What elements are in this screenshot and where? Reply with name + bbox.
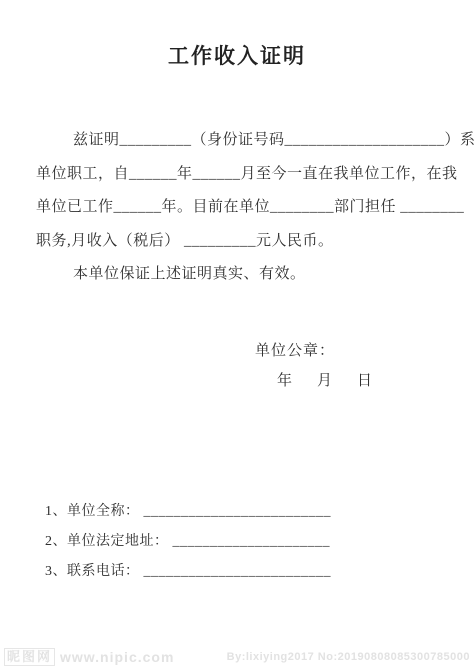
field-company-full-name: 1、单位全称： _________________________ (45, 497, 331, 527)
date-year-month-day: 年 月 日 (277, 369, 377, 390)
document-body: 兹证明_________（身份证号码____________________）系… (36, 124, 448, 292)
body-line-guarantee: 本单位保证上述证明真实、有效。 (36, 258, 448, 292)
body-line-certify-name-id: 兹证明_________（身份证号码____________________）系… (36, 124, 448, 158)
body-line-years-department: 单位已工作______年。目前在单位________部门担任 ________ (36, 191, 448, 225)
field-company-legal-address: 2、单位法定地址： _____________________ (45, 527, 331, 557)
nipic-logo: 昵图网 (4, 648, 55, 666)
site-url-watermark: www.nipic.com (60, 649, 174, 665)
income-certificate-document: 工作收入证明 兹证明_________（身份证号码_______________… (0, 0, 474, 669)
company-seal-label: 单位公章： (255, 339, 335, 360)
author-credit-watermark: By:lixiying2017 No:20190808085300785000 (227, 651, 470, 663)
body-line-employment-since: 单位职工，自______年______月至今一直在我单位工作，在我 (36, 158, 448, 192)
site-watermark: 昵图网 www.nipic.com (4, 648, 174, 666)
field-contact-phone: 3、联系电话： _________________________ (45, 557, 331, 587)
body-line-position-salary: 职务,月收入（税后） _________元人民币。 (36, 225, 448, 259)
company-info-fields: 1、单位全称： _________________________ 2、单位法定… (45, 497, 331, 587)
document-title: 工作收入证明 (0, 40, 474, 70)
